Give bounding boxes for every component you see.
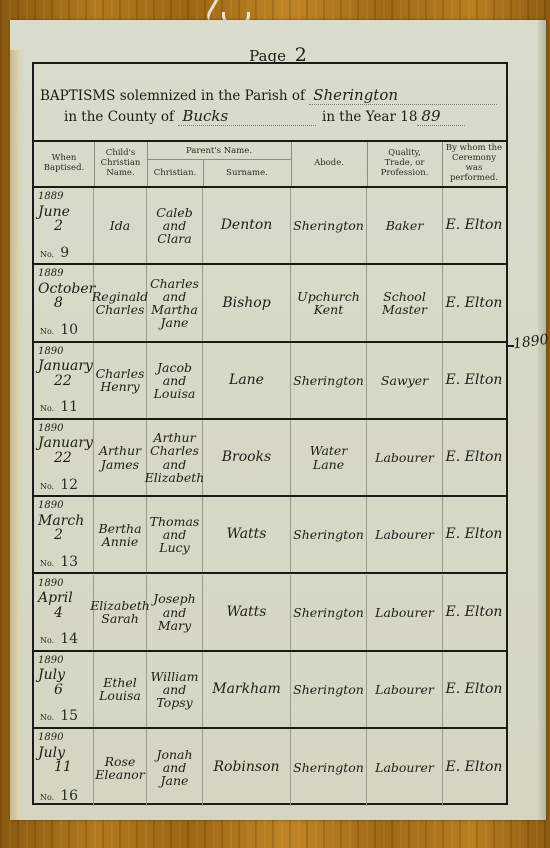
entry-number-label: No.	[40, 250, 54, 259]
cell-parent-surname: Bishop	[203, 265, 291, 340]
cell-by-whom: E. Elton	[443, 652, 505, 727]
cell-parent-christian: Charles and Martha Jane	[147, 265, 203, 340]
entry-month: July	[38, 668, 65, 683]
cell-parent-christian: Joseph and Mary	[147, 575, 203, 650]
cell-by-whom: E. Elton	[443, 188, 505, 263]
baptism-register-table: BAPTISMS solemnized in the Parish of She…	[32, 62, 508, 805]
table-row: 1889 October 8 No.10 Reginald Charles Ch…	[34, 265, 506, 342]
header-parent-surname: Surname.	[203, 159, 291, 186]
cell-by-whom: E. Elton	[443, 497, 505, 572]
cell-quality: Labourer	[367, 729, 443, 806]
cell-abode: Sherington	[291, 497, 367, 572]
entry-number: No.14	[40, 632, 78, 647]
entry-day: 22	[54, 374, 72, 389]
cell-parent-surname: Brooks	[203, 420, 291, 495]
county-name: Bucks	[178, 107, 316, 126]
entry-day: 2	[54, 219, 63, 234]
entry-day: 11	[54, 760, 72, 775]
entry-number-label: No.	[40, 713, 54, 722]
entry-number-value: 13	[60, 554, 78, 570]
title-line-county: in the County of Bucks	[64, 107, 316, 126]
cell-parent-surname: Denton	[203, 188, 291, 263]
cell-by-whom: E. Elton	[443, 729, 505, 806]
cell-when-baptised: 1890 July 6 No.15	[34, 652, 94, 727]
entry-number: No.13	[40, 555, 78, 570]
cell-quality: Baker	[367, 188, 443, 263]
entry-number-value: 9	[60, 245, 69, 261]
cell-quality: School Master	[367, 265, 443, 340]
cell-child-name: Bertha Annie	[94, 497, 147, 572]
entry-number: No.16	[40, 789, 78, 804]
cell-child-name: Charles Henry	[94, 343, 147, 418]
cell-by-whom: E. Elton	[443, 575, 505, 650]
cell-abode: Sherington	[291, 652, 367, 727]
entry-month: July	[38, 746, 65, 761]
cell-quality: Labourer	[367, 497, 443, 572]
entry-number: No.15	[40, 709, 78, 724]
register-title: BAPTISMS solemnized in the Parish of She…	[34, 64, 506, 140]
entry-number: No.9	[40, 246, 69, 261]
cell-child-name: Elizabeth Sarah	[94, 575, 147, 650]
entry-number: No.10	[40, 323, 78, 338]
parish-name: Sherington	[309, 86, 497, 105]
entry-number-label: No.	[40, 559, 54, 568]
cell-abode: Sherington	[291, 188, 367, 263]
cell-parent-christian: Jacob and Louisa	[147, 343, 203, 418]
header-quality: Quality, Trade, or Profession.	[367, 142, 443, 186]
title-prefix: BAPTISMS solemnized in the Parish of	[40, 88, 305, 104]
cell-quality: Labourer	[367, 652, 443, 727]
cell-parent-surname: Watts	[203, 575, 291, 650]
cell-when-baptised: 1890 March 2 No.13	[34, 497, 94, 572]
entry-year: 1890	[38, 347, 63, 358]
cell-parent-surname: Lane	[203, 343, 291, 418]
cell-parent-surname: Markham	[203, 652, 291, 727]
entry-year: 1890	[38, 424, 63, 435]
cell-child-name: Arthur James	[94, 420, 147, 495]
entry-day: 22	[54, 451, 72, 466]
cell-child-name: Reginald Charles	[94, 265, 147, 340]
entry-year: 1889	[38, 192, 63, 203]
entry-number-value: 12	[60, 477, 78, 493]
register-page: Page 2 BAPTISMS solemnized in the Parish…	[10, 20, 546, 820]
cell-parent-christian: Caleb and Clara	[147, 188, 203, 263]
cell-quality: Sawyer	[367, 343, 443, 418]
entry-rows: 1889 June 2 No.9 Ida Caleb and Clara Den…	[34, 188, 506, 803]
entry-year: 1890	[38, 501, 63, 512]
header-parents-group: Parent's Name. Christian. Surname.	[147, 142, 292, 186]
column-header-row: When Baptised. Child's Christian Name. P…	[34, 140, 506, 188]
entry-number: No.12	[40, 478, 78, 493]
county-prefix: in the County of	[64, 109, 174, 125]
entry-number-value: 15	[60, 708, 78, 724]
header-when-baptised: When Baptised.	[34, 142, 95, 186]
cell-quality: Labourer	[367, 420, 443, 495]
header-by-whom: By whom the Ceremony was performed.	[443, 142, 505, 186]
entry-day: 8	[54, 296, 63, 311]
entry-month: January	[38, 436, 93, 451]
header-abode: Abode.	[291, 142, 368, 186]
page-binding-edge	[10, 50, 24, 820]
table-row: 1890 July 11 No.16 Rose Eleanor Jonah an…	[34, 729, 506, 806]
header-parents-name: Parent's Name.	[147, 146, 291, 156]
cell-parent-christian: Arthur Charles and Elizabeth	[147, 420, 203, 495]
cell-parent-christian: William and Topsy	[147, 652, 203, 727]
cell-abode: Sherington	[291, 575, 367, 650]
cell-when-baptised: 1890 January 22 No.11	[34, 343, 94, 418]
entry-number-label: No.	[40, 404, 54, 413]
table-row: 1890 July 6 No.15 Ethel Louisa William a…	[34, 652, 506, 729]
entry-month: January	[38, 359, 93, 374]
entry-month: June	[38, 205, 70, 220]
table-row: 1890 January 22 No.12 Arthur James Arthu…	[34, 420, 506, 497]
cell-abode: Sherington	[291, 729, 367, 806]
cell-by-whom: E. Elton	[443, 343, 505, 418]
entry-year: 1890	[38, 579, 63, 590]
entry-number-value: 14	[60, 631, 78, 647]
cell-when-baptised: 1890 January 22 No.12	[34, 420, 94, 495]
header-child-name: Child's Christian Name.	[94, 142, 148, 186]
table-row: 1890 January 22 No.11 Charles Henry Jaco…	[34, 343, 506, 420]
year-suffix: 89	[417, 107, 465, 126]
entry-year: 1889	[38, 269, 63, 280]
cell-parent-surname: Robinson	[203, 729, 291, 806]
cell-when-baptised: 1890 April 4 No.14	[34, 575, 94, 650]
entry-month: October	[38, 282, 95, 297]
cell-by-whom: E. Elton	[443, 420, 505, 495]
cell-parent-surname: Watts	[203, 497, 291, 572]
entry-month: March	[38, 514, 84, 529]
entry-number-label: No.	[40, 793, 54, 802]
table-row: 1890 March 2 No.13 Bertha Annie Thomas a…	[34, 497, 506, 574]
entry-year: 1890	[38, 733, 63, 744]
cell-quality: Labourer	[367, 575, 443, 650]
cell-child-name: Ethel Louisa	[94, 652, 147, 727]
entry-day: 2	[54, 528, 63, 543]
cell-child-name: Rose Eleanor	[94, 729, 147, 806]
entry-month: April	[38, 591, 73, 606]
entry-day: 6	[54, 683, 63, 698]
cell-when-baptised: 1889 June 2 No.9	[34, 188, 94, 263]
cell-parent-christian: Thomas and Lucy	[147, 497, 203, 572]
entry-number-value: 11	[60, 399, 78, 415]
cell-abode: Upchurch Kent	[291, 265, 367, 340]
entry-number-label: No.	[40, 327, 54, 336]
title-line-parish: BAPTISMS solemnized in the Parish of She…	[40, 86, 497, 105]
entry-number-value: 16	[60, 788, 78, 804]
cell-parent-christian: Jonah and Jane	[147, 729, 203, 806]
entry-day: 4	[54, 606, 63, 621]
entry-number-value: 10	[60, 322, 78, 338]
entry-year: 1890	[38, 656, 63, 667]
cell-when-baptised: 1890 July 11 No.16	[34, 729, 94, 806]
table-row: 1889 June 2 No.9 Ida Caleb and Clara Den…	[34, 188, 506, 265]
header-parent-christian: Christian.	[147, 159, 204, 186]
entry-number-label: No.	[40, 636, 54, 645]
entry-number-label: No.	[40, 482, 54, 491]
cell-child-name: Ida	[94, 188, 147, 263]
entry-number: No.11	[40, 400, 78, 415]
table-row: 1890 April 4 No.14 Elizabeth Sarah Josep…	[34, 575, 506, 652]
cell-abode: Sherington	[291, 343, 367, 418]
title-year: in the Year 1889	[322, 107, 465, 126]
cell-by-whom: E. Elton	[443, 265, 505, 340]
page-right-edge	[538, 20, 546, 820]
year-prefix: in the Year 18	[322, 109, 417, 125]
cell-when-baptised: 1889 October 8 No.10	[34, 265, 94, 340]
cell-abode: Water Lane	[291, 420, 367, 495]
